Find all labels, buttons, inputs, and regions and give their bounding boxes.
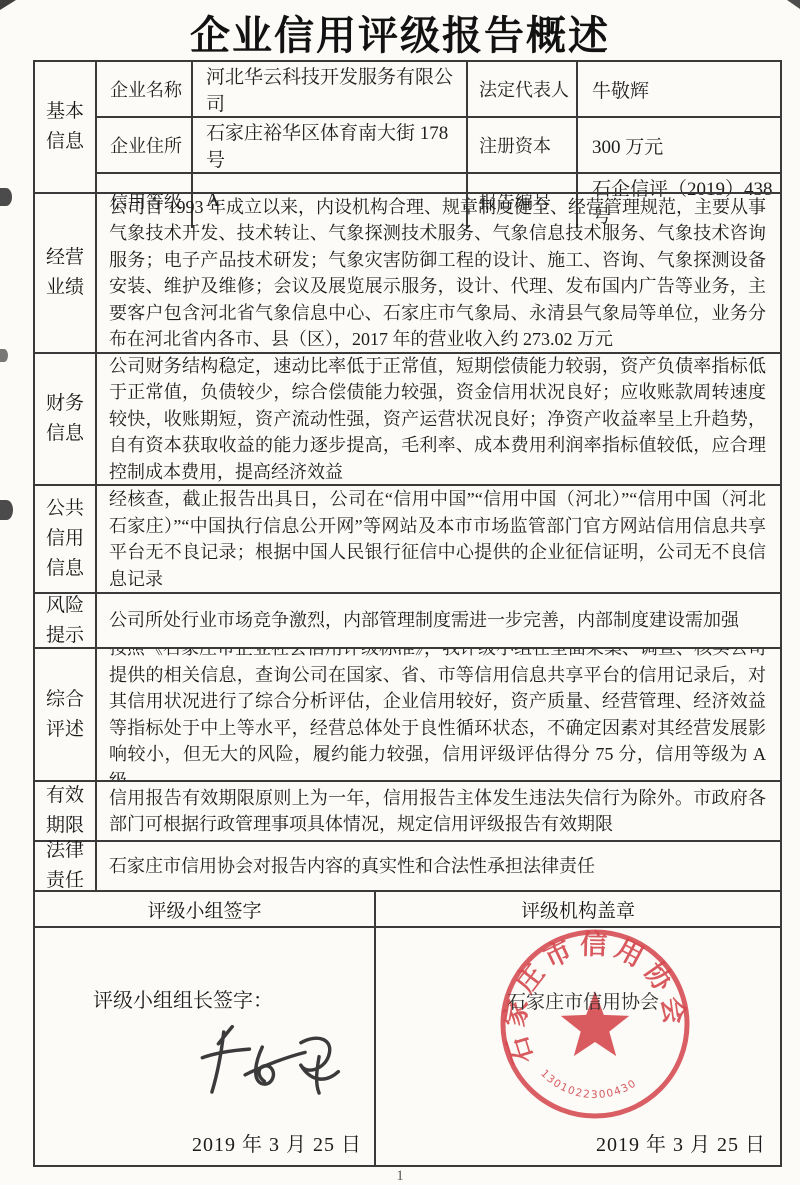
handwritten-signature	[198, 1018, 348, 1106]
field-label-company-name: 企业名称	[97, 62, 191, 116]
section-body: 按照《石家庄市企业社会信用评级标准》，我评级小组在全面采集、调查、核实公司提供的…	[95, 649, 780, 780]
signature-body-row: 评级小组组长签字： 2019 年 3 月 25 日	[35, 926, 780, 1165]
section-risk-warning: 风险提示 公司所处行业市场竞争激烈，内部管理制度需进一步完善，内部制度建设需加强	[35, 592, 780, 647]
section-text-financial-info: 公司财务结构稳定，速动比率低于正常值，短期偿债能力较弱，资产负债率指标低于正常值…	[109, 354, 766, 484]
scan-artifact-smudge	[0, 500, 13, 520]
section-label-legal-liability: 法律责任	[35, 842, 95, 890]
section-label-basic-info: 基本信息	[35, 62, 95, 192]
signature-header-row: 评级小组签字 评级机构盖章	[35, 890, 780, 926]
section-public-credit-info: 公共信用信息 经核查，截止报告出具日，公司在“信用中国”“信用中国（河北）”“信…	[35, 484, 780, 592]
section-body: 经核查，截止报告出具日，公司在“信用中国”“信用中国（河北）”“信用中国（河北石…	[95, 486, 780, 592]
section-text-business-performance: 公司自 1993 年成立以来，内设机构合理、规章制度健全、经营管理规范，主要从事…	[109, 194, 766, 352]
scan-artifact-smudge	[0, 188, 12, 206]
field-value-company-address: 石家庄裕华区体育南大街 178 号	[191, 118, 466, 172]
section-text-legal-liability: 石家庄市信用协会对报告内容的真实性和合法性承担法律责任	[109, 853, 766, 880]
section-comprehensive-review: 综合评述 按照《石家庄市企业社会信用评级标准》，我评级小组在全面采集、调查、核实…	[35, 647, 780, 780]
section-text-comprehensive-review: 按照《石家庄市企业社会信用评级标准》，我评级小组在全面采集、调查、核实公司提供的…	[109, 649, 766, 780]
page-number: 1	[0, 1168, 800, 1185]
field-value-legal-representative: 牛敬辉	[576, 62, 780, 116]
section-label-financial-info: 财务信息	[35, 354, 95, 484]
rating-team-signature-box: 评级小组组长签字： 2019 年 3 月 25 日	[35, 928, 374, 1165]
rating-agency-date: 2019 年 3 月 25 日	[596, 1128, 766, 1157]
section-body: 公司自 1993 年成立以来，内设机构合理、规章制度健全、经营管理规范，主要从事…	[95, 194, 780, 352]
header-rating-agency-seal: 评级机构盖章	[374, 892, 780, 926]
section-body: 公司所处行业市场竞争激烈，内部管理制度需进一步完善，内部制度建设需加强	[95, 594, 780, 647]
field-label-registered-capital: 注册资本	[466, 118, 576, 172]
page-title: 企业信用评级报告概述	[0, 4, 800, 61]
section-legal-liability: 法律责任 石家庄市信用协会对报告内容的真实性和合法性承担法律责任	[35, 840, 780, 890]
section-body: 公司财务结构稳定，速动比率低于正常值，短期偿债能力较弱，资产负债率指标低于正常值…	[95, 354, 780, 484]
basic-info-grid: 企业名称 河北华云科技开发服务有限公司 法定代表人 牛敬辉 企业住所 石家庄裕华…	[95, 62, 780, 192]
scan-artifact-smudge	[0, 349, 8, 362]
rating-agency-seal-box: 石家庄市信用协会 1301022300430 石家庄市信用协会 2019 年 3…	[374, 928, 780, 1165]
section-validity-period: 有效期限 信用报告有效期限原则上为一年，信用报告主体发生违法失信行为除外。市政府…	[35, 780, 780, 840]
agency-printed-name: 石家庄市信用协会	[507, 987, 659, 1014]
section-label-public-credit-info: 公共信用信息	[35, 486, 95, 592]
basic-info-section: 基本信息 企业名称 河北华云科技开发服务有限公司 法定代表人 牛敬辉 企业住所 …	[35, 62, 780, 192]
section-business-performance: 经营业绩 公司自 1993 年成立以来，内设机构合理、规章制度健全、经营管理规范…	[35, 192, 780, 352]
report-table: 基本信息 企业名称 河北华云科技开发服务有限公司 法定代表人 牛敬辉 企业住所 …	[33, 60, 782, 1167]
section-financial-info: 财务信息 公司财务结构稳定，速动比率低于正常值，短期偿债能力较弱，资产负债率指标…	[35, 352, 780, 484]
header-rating-team-signature: 评级小组签字	[35, 892, 374, 926]
table-row: 企业名称 河北华云科技开发服务有限公司 法定代表人 牛敬辉	[97, 62, 780, 116]
section-text-risk-warning: 公司所处行业市场竞争激烈，内部管理制度需进一步完善，内部制度建设需加强	[109, 607, 766, 634]
field-value-registered-capital: 300 万元	[576, 118, 780, 172]
section-label-validity-period: 有效期限	[35, 782, 95, 840]
section-text-validity-period: 信用报告有效期限原则上为一年，信用报告主体发生违法失信行为除外。市政府各部门可根…	[109, 785, 766, 838]
scanned-credit-report-page: 企业信用评级报告概述 基本信息 企业名称 河北华云科技开发服务有限公司 法定代表…	[0, 0, 800, 1185]
team-leader-signature-label: 评级小组组长签字：	[93, 984, 273, 1013]
field-label-legal-representative: 法定代表人	[466, 62, 576, 116]
section-body: 信用报告有效期限原则上为一年，信用报告主体发生违法失信行为除外。市政府各部门可根…	[95, 782, 780, 840]
section-body: 石家庄市信用协会对报告内容的真实性和合法性承担法律责任	[95, 842, 780, 890]
section-text-public-credit-info: 经核查，截止报告出具日，公司在“信用中国”“信用中国（河北）”“信用中国（河北石…	[109, 486, 766, 592]
official-seal-stamp: 石家庄市信用协会 1301022300430	[497, 926, 693, 1122]
section-label-risk-warning: 风险提示	[35, 594, 95, 647]
section-label-business-performance: 经营业绩	[35, 194, 95, 352]
section-label-comprehensive-review: 综合评述	[35, 649, 95, 780]
table-row: 企业住所 石家庄裕华区体育南大街 178 号 注册资本 300 万元	[97, 116, 780, 172]
field-label-company-address: 企业住所	[97, 118, 191, 172]
rating-team-date: 2019 年 3 月 25 日	[192, 1128, 362, 1157]
field-value-company-name: 河北华云科技开发服务有限公司	[191, 62, 466, 116]
